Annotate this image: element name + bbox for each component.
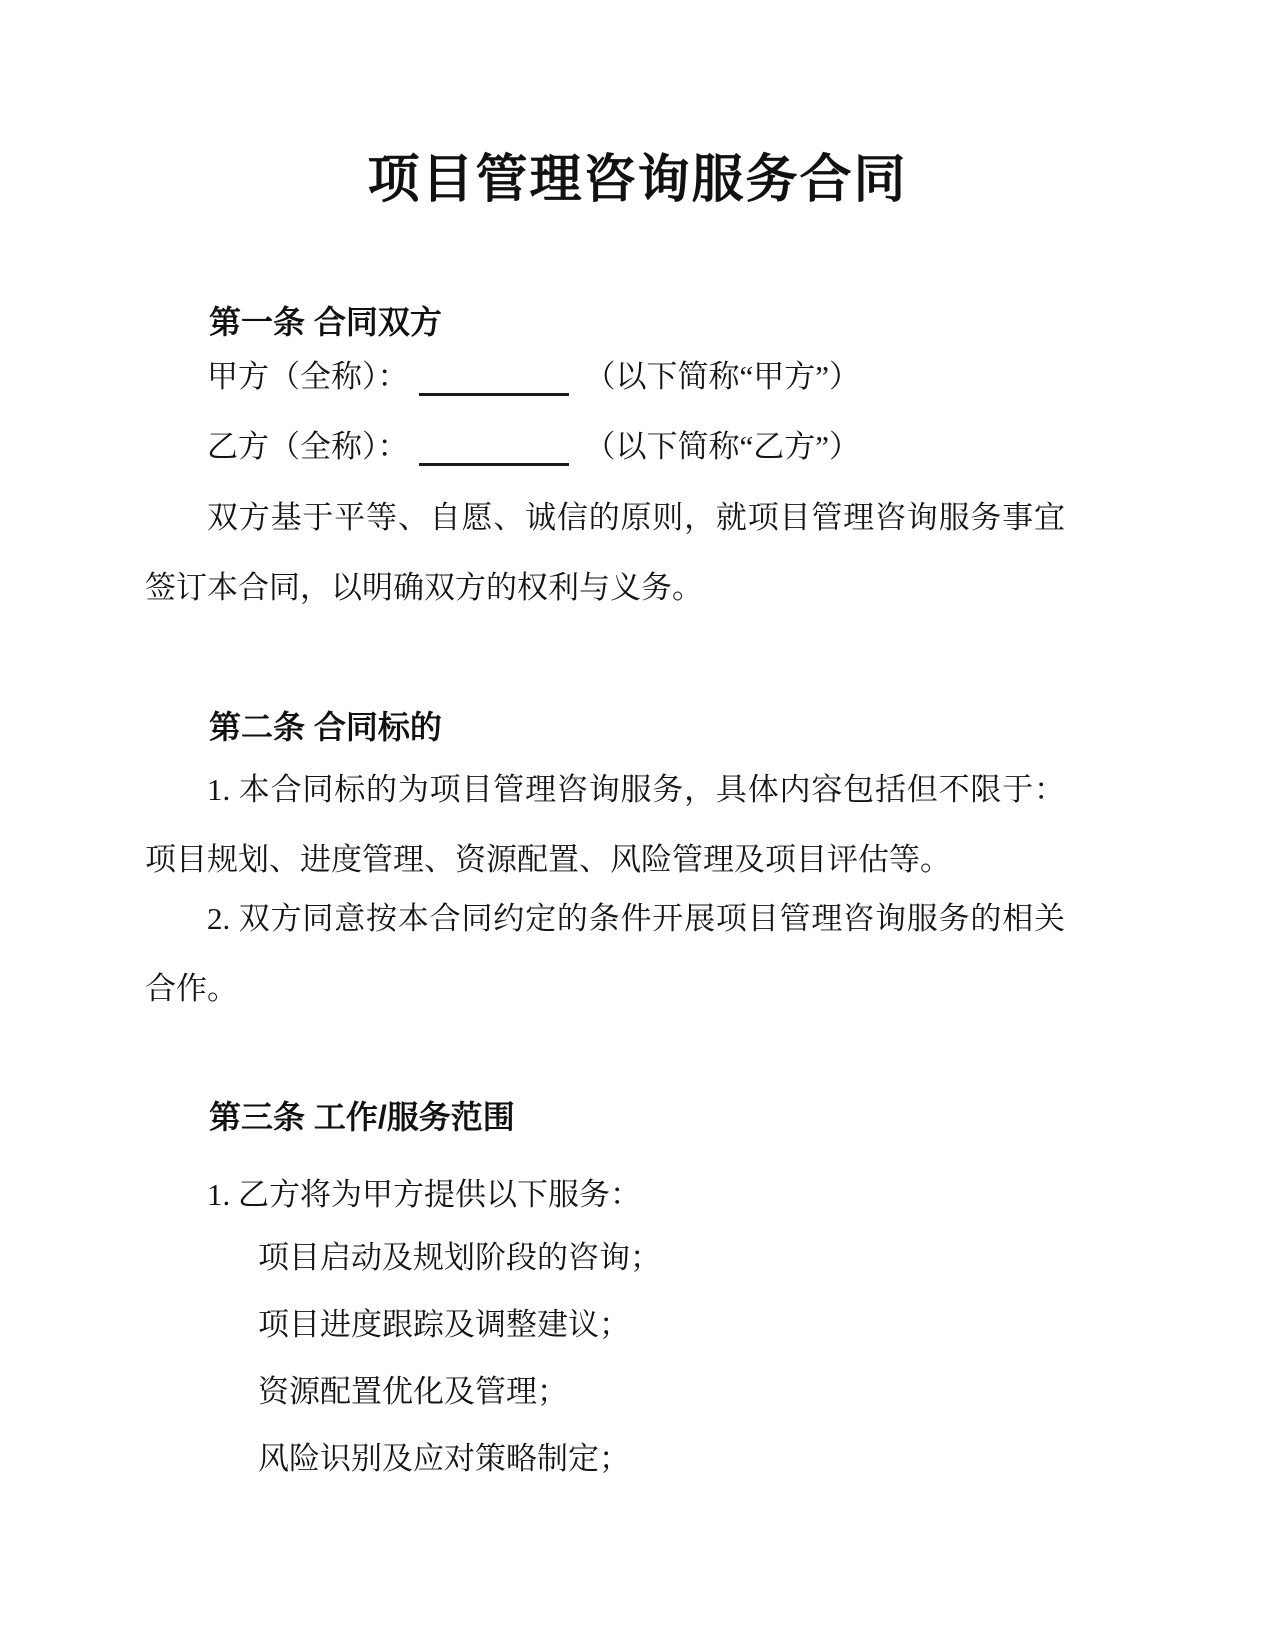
- party-a-line: 甲方（全称）：（以下简称“甲方”）: [145, 342, 1065, 412]
- party-b-blank-underline: [419, 433, 569, 466]
- party-a-abbreviation-note: （以下简称“甲方”）: [585, 359, 861, 394]
- section-3-intro: 1. 乙方将为甲方提供以下服务：: [145, 1160, 1065, 1230]
- service-item-3: 资源配置优化及管理；: [145, 1357, 1065, 1427]
- section-3-heading: 第三条 工作/服务范围: [145, 1082, 1065, 1152]
- section-2-heading: 第二条 合同标的: [145, 692, 1065, 762]
- party-b-label: 乙方（全称）：: [207, 429, 409, 464]
- party-a-label: 甲方（全称）：: [207, 359, 409, 394]
- party-b-abbreviation-note: （以下简称“乙方”）: [585, 429, 861, 464]
- document-title: 项目管理咨询服务合同: [0, 150, 1275, 210]
- section-1-paragraph: 双方基于平等、自愿、诚信的原则，就项目管理咨询服务事宜签订本合同，以明确双方的权…: [145, 483, 1065, 623]
- party-b-line: 乙方（全称）：（以下简称“乙方”）: [145, 412, 1065, 482]
- service-item-2: 项目进度跟踪及调整建议；: [145, 1290, 1065, 1360]
- contract-document-page: 项目管理咨询服务合同 第一条 合同双方 甲方（全称）：（以下简称“甲方”） 乙方…: [0, 0, 1275, 1650]
- section-2-clause-2: 2. 双方同意按本合同约定的条件开展项目管理咨询服务的相关合作。: [145, 884, 1065, 1024]
- service-item-1: 项目启动及规划阶段的咨询；: [145, 1223, 1065, 1293]
- service-item-4: 风险识别及应对策略制定；: [145, 1424, 1065, 1494]
- party-a-blank-underline: [419, 363, 569, 396]
- section-2-clause-1: 1. 本合同标的为项目管理咨询服务，具体内容包括但不限于：项目规划、进度管理、资…: [145, 755, 1065, 895]
